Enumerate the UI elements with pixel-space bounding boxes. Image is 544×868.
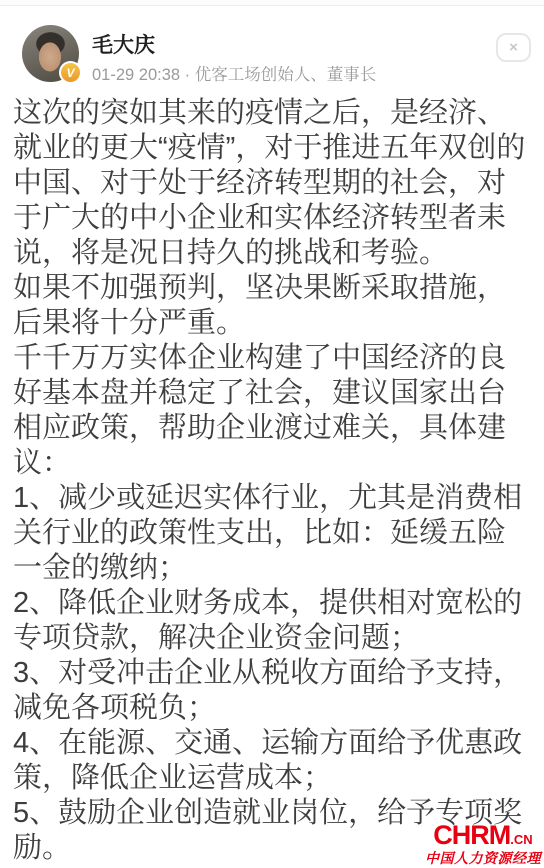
verified-badge-icon: V bbox=[59, 61, 82, 84]
post-meta: 01-29 20:38 · 优客工场创始人、董事长 bbox=[92, 61, 376, 85]
post-paragraph: 1、减少或延迟实体行业，尤其是消费相关行业的政策性支出，比如：延缓五险一金的缴纳… bbox=[13, 481, 531, 586]
avatar[interactable]: V bbox=[22, 25, 79, 82]
post-header: V 毛大庆 01-29 20:38 · 优客工场创始人、董事长 × bbox=[0, 6, 544, 96]
close-button[interactable]: × bbox=[496, 33, 531, 62]
watermark-tagline: 中国人力资源经理 bbox=[425, 851, 541, 865]
close-icon: × bbox=[509, 39, 518, 56]
post-card: V 毛大庆 01-29 20:38 · 优客工场创始人、董事长 × 这次的突如其… bbox=[0, 0, 544, 868]
watermark-logo-line: CHRM.CN bbox=[425, 822, 541, 849]
post-paragraph: 2、降低企业财务成本，提供相对宽松的专项贷款，解决企业资金问题； bbox=[13, 586, 531, 656]
watermark-domain: .CN bbox=[510, 832, 532, 847]
watermark: CHRM.CN 中国人力资源经理 bbox=[425, 822, 541, 865]
watermark-logo: CHRM bbox=[433, 820, 510, 850]
post-paragraph: 这次的突如其来的疫情之后，是经济、就业的更大“疫情”，对于推进五年双创的中国、对… bbox=[13, 96, 531, 271]
post-paragraph: 4、在能源、交通、运输方面给予优惠政策，降低企业运营成本； bbox=[13, 726, 531, 796]
post-paragraph: 如果不加强预判，坚决果断采取措施，后果将十分严重。 bbox=[13, 271, 531, 341]
post-paragraph: 3、对受冲击企业从税收方面给予支持，减免各项税负； bbox=[13, 656, 531, 726]
author-name[interactable]: 毛大庆 bbox=[92, 29, 155, 59]
post-body: 这次的突如其来的疫情之后，是经济、就业的更大“疫情”，对于推进五年双创的中国、对… bbox=[0, 96, 544, 866]
post-paragraph: 千千万万实体企业构建了中国经济的良好基本盘并稳定了社会，建议国家出台相应政策，帮… bbox=[13, 341, 531, 481]
